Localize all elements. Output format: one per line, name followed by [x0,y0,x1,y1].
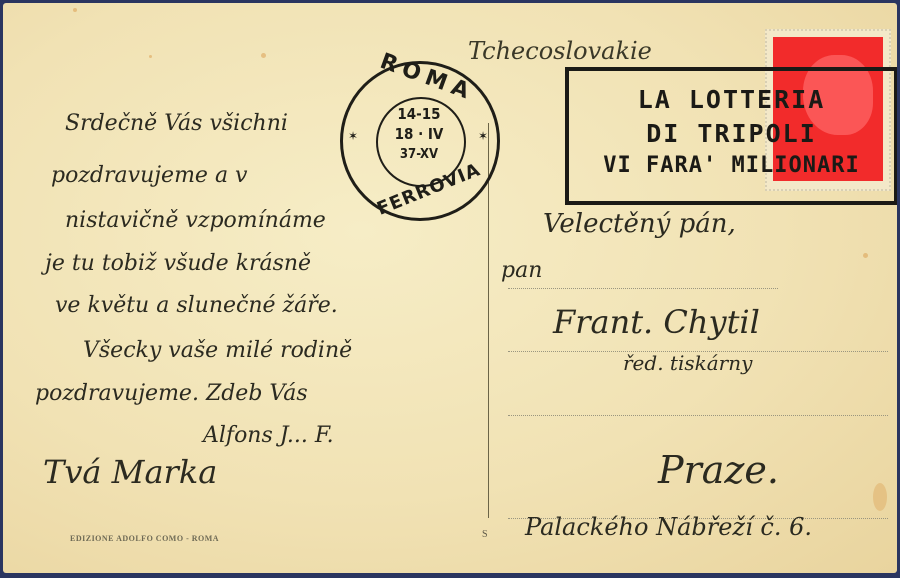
foxing-spot [149,55,152,58]
message-line: Alfons J... F. [203,423,334,448]
postmark-time: 14-15 [340,105,498,123]
foxing-spot [261,53,266,58]
message-line: je tu tobiž všude krásně [45,251,311,276]
address-street: Palackého Nábřeží č. 6. [525,513,812,541]
message-line: Všecky vaše milé rodině [83,338,352,363]
slogan-line: LA LOTTERIA [569,85,894,114]
postmark-date: 18 · IV [340,125,498,143]
message-line: Srdečně Vás všichni [65,111,288,136]
address-rule [508,415,888,416]
address-salutation: Velectěný pán, [543,209,736,239]
foxing-spot [73,8,77,12]
message-line: pozdravujeme. Zdeb Vás [35,381,308,406]
star-icon: ✶ [478,129,488,144]
message-line: nistavičně vzpomínáme [65,208,326,233]
postmark: ROMA FERROVIA 14-15 18 · IV 37-XV ✶ ✶ [340,61,498,219]
postcard: S EDIZIONE ADOLFO COMO - ROMA Srdečně Vá… [3,3,897,573]
foxing-stain [873,483,887,511]
postmark-year: 37-XV [340,147,498,162]
slogan-cancellation: LA LOTTERIA DI TRIPOLI VI FARA' MILIONAR… [565,67,897,205]
star-icon: ✶ [348,129,358,144]
address-title: řed. tiskárny [623,351,752,375]
address-prefix: pan [501,258,542,283]
publisher-imprint: EDIZIONE ADOLFO COMO - ROMA [70,534,219,543]
address-city: Praze. [658,448,779,492]
slogan-line: VI FARA' MILIONARI [569,153,894,178]
destination-country: Tchecoslovakie [468,37,652,65]
address-rule [508,288,778,289]
message-line: ve květu a slunečné žáře. [55,293,338,318]
address-name: Frant. Chytil [553,303,760,341]
divider-mark: S [482,529,488,540]
message-closing: Tvá Marka [43,453,217,491]
foxing-spot [863,253,868,258]
slogan-line: DI TRIPOLI [569,119,894,148]
message-line: pozdravujeme a v [51,163,248,188]
